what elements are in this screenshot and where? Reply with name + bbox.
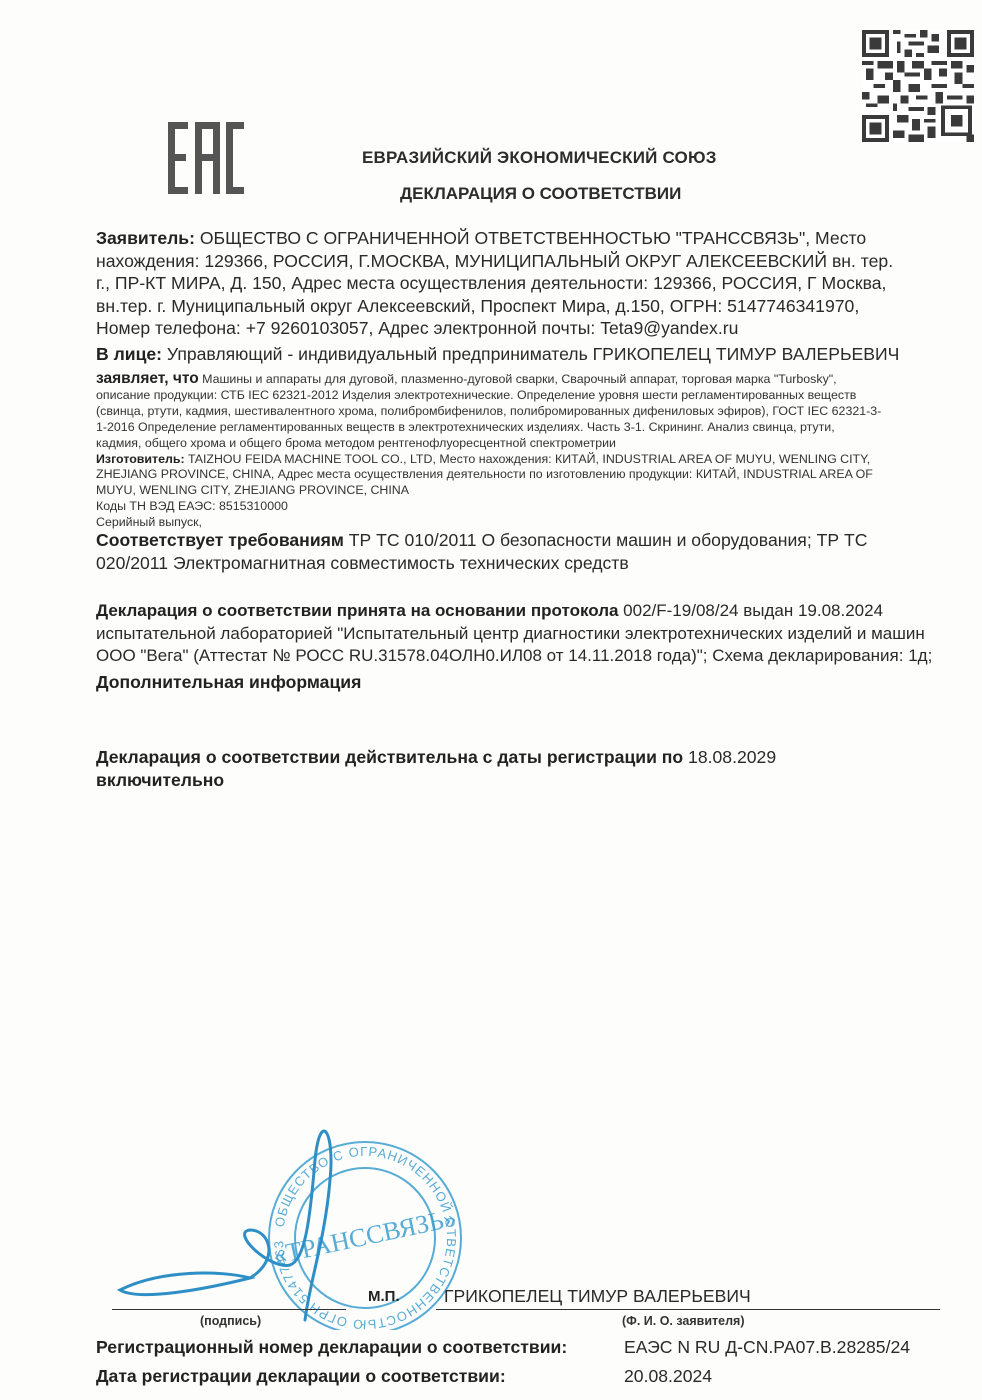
validity-section: Декларация о соответствии действительна … [96,746,966,791]
applicant-section: Заявитель: ОБЩЕСТВО С ОГРАНИЧЕННОЙ ОТВЕТ… [96,227,966,365]
compliance-line: 020/2011 Электромагнитная совместимость … [96,552,966,575]
product-line: кадмия, общего хрома и общего брома мето… [96,436,966,452]
declares-section: заявляет, что Машины и аппараты для дуго… [96,371,966,531]
signature-caption: (подпись) [200,1314,261,1328]
union-title: ЕВРАЗИЙСКИЙ ЭКОНОМИЧЕСКИЙ СОЮЗ [362,148,717,168]
registration-date-label: Дата регистрации декларации о соответств… [96,1366,506,1387]
applicant-line: Номер телефона: +7 9260103057, Адрес эле… [96,317,966,340]
represented-by-value: Управляющий - индивидуальный предпринима… [162,344,899,364]
protocol-line: 002/F-19/08/24 выдан 19.08.2024 [618,601,883,620]
manufacturer-line: TAIZHOU FEIDA MACHINE TOOL CO., LTD, Мес… [185,452,871,466]
compliance-section: Соответствует требованиям ТР ТС 010/2011… [96,529,966,574]
stamp-icon: ОБЩЕСТВО С ОГРАНИЧЕННОЙ ОТВЕТСТВЕННОСТЬЮ… [100,1120,500,1330]
manufacturer-line: MUYU, WENLING CITY, ZHEJIANG PROVINCE, C… [96,483,966,499]
signature-line [112,1309,346,1310]
declares-label: заявляет, что [96,370,199,387]
hs-codes: Коды ТН ВЭД ЕАЭС: 8515310000 [96,499,966,515]
additional-info-label: Дополнительная информация [96,671,966,694]
validity-inclusive: включительно [96,769,966,792]
protocol-line: ООО "Вега" (Аттестат № РОСС RU.31578.04О… [96,645,966,668]
applicant-line: вн.тер. г. Муниципальный округ Алексеевс… [96,295,966,318]
compliance-label: Соответствует требованиям [96,530,344,550]
applicant-label: Заявитель: [96,228,195,248]
product-line: 1-2016 Определение регламентированных ве… [96,420,966,436]
applicant-line: нахождения: 129366, РОССИЯ, Г.МОСКВА, МУ… [96,250,966,273]
product-line: описание продукции: СТБ IEC 62321-2012 И… [96,388,966,404]
product-line: Машины и аппараты для дуговой, плазменно… [199,372,837,386]
registration-number-value: ЕАЭС N RU Д-CN.РА07.В.28285/24 [624,1337,910,1358]
validity-label: Декларация о соответствии действительна … [96,747,683,767]
name-caption: (Ф. И. О. заявителя) [622,1314,745,1328]
stamp-mark: М.П. [368,1288,400,1305]
protocol-label: Декларация о соответствии принята на осн… [96,601,618,620]
eac-logo [168,122,244,194]
protocol-section: Декларация о соответствии принята на осн… [96,600,966,668]
document-title: ДЕКЛАРАЦИЯ О СООТВЕТСТВИИ [400,184,681,204]
product-line: (свинца, ртути, кадмия, шестивалентного … [96,404,966,420]
applicant-line: г., ПР-КТ МИРА, Д. 150, Адрес места осущ… [96,272,966,295]
signature-stamp-area: ОБЩЕСТВО С ОГРАНИЧЕННОЙ ОТВЕТСТВЕННОСТЬЮ… [100,1120,500,1330]
manufacturer-label: Изготовитель: [96,452,185,466]
compliance-line: ТР ТС 010/2011 О безопасности машин и об… [344,530,868,550]
protocol-line: испытательной лабораторией "Испытательны… [96,623,966,646]
registration-number-label: Регистрационный номер декларации о соотв… [96,1337,567,1358]
signer-name: ГРИКОПЕЛЕЦ ТИМУР ВАЛЕРЬЕВИЧ [444,1286,751,1307]
represented-by-label: В лице: [96,344,162,364]
name-line [436,1309,940,1310]
qr-code [862,30,974,142]
manufacturer-line: ZHEJIANG PROVINCE, CHINA, Адрес места ос… [96,467,966,483]
applicant-line: ОБЩЕСТВО С ОГРАНИЧЕННОЙ ОТВЕТСТВЕННОСТЬЮ… [195,228,866,248]
registration-date-value: 20.08.2024 [624,1366,712,1387]
validity-date: 18.08.2029 [683,747,776,767]
